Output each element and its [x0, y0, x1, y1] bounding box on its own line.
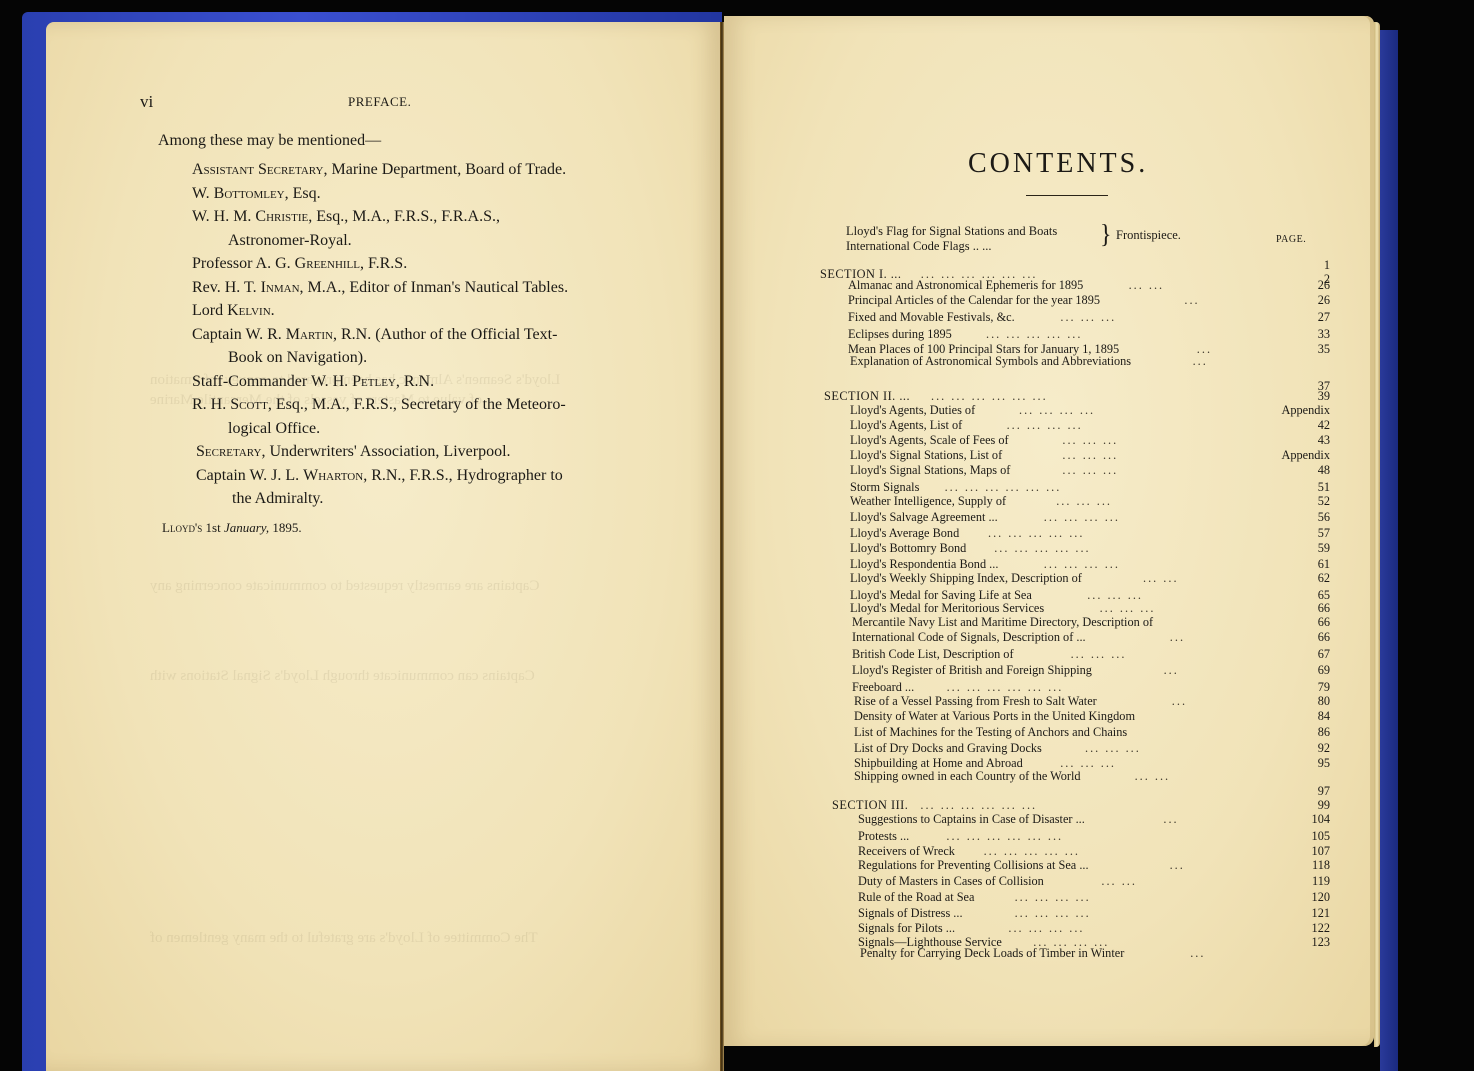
acknowledgement-entry: Rev. H. T. Inman, M.A., Editor of Inman'…: [192, 276, 632, 300]
dot-leader: ...: [1172, 694, 1187, 709]
toc-page-number: 39: [1318, 389, 1330, 404]
toc-entry-title: Signals for Pilots ...: [858, 921, 955, 936]
acknowledgement-entry: Captain W. J. L. Wharton, R.N., F.R.S., …: [196, 464, 632, 511]
dot-leader: ... ...: [1143, 571, 1179, 586]
acknowledgement-list: Assistant Secretary, Marine Department, …: [192, 158, 632, 511]
brace-glyph: }: [1100, 221, 1112, 250]
toc-entry-title: SECTION II. ...: [824, 389, 910, 404]
toc-page-number: 122: [1312, 921, 1330, 936]
toc-entry-title: Lloyd's Agents, List of: [850, 418, 962, 433]
toc-entry-title: Mercantile Navy List and Maritime Direct…: [852, 615, 1153, 630]
toc-entry-row: International Code of Signals, Descripti…: [820, 630, 1340, 645]
toc-entry-title: Lloyd's Average Bond: [850, 526, 959, 541]
dot-leader: ... ... ...: [1085, 741, 1141, 756]
dot-leader: ... ...: [1135, 769, 1171, 784]
toc-entry-row: Lloyd's Agents, Scale of Fees of... ... …: [820, 433, 1340, 448]
dot-leader: ... ... ...: [1062, 448, 1118, 463]
page-number: vi: [140, 92, 153, 112]
toc-entry-title: Explanation of Astronomical Symbols and …: [850, 354, 1131, 369]
toc-page-number: 118: [1312, 858, 1330, 873]
toc-page-number: 59: [1318, 541, 1330, 556]
toc-entry-title: Lloyd's Signal Stations, List of: [850, 448, 1002, 463]
toc-page-number: 57: [1318, 526, 1330, 541]
toc-page-number: 66: [1318, 615, 1330, 630]
toc-entry-title: Lloyd's Agents, Scale of Fees of: [850, 433, 1009, 448]
toc-entry-title: Freeboard ...: [852, 680, 914, 695]
toc-page-number: 86: [1318, 725, 1330, 740]
toc-entry-row: Lloyd's Register of British and Foreign …: [820, 663, 1340, 678]
toc-entry-title: Signals of Distress ...: [858, 906, 963, 921]
dot-leader: ... ... ... ... ...: [988, 526, 1084, 541]
toc-entry-row: List of Machines for the Testing of Anch…: [820, 725, 1340, 740]
dot-leader: ... ... ... ... ... ...: [920, 798, 1037, 813]
dot-leader: ...: [1193, 354, 1208, 369]
toc-page-number: 121: [1312, 906, 1330, 921]
toc-page-number: 42: [1318, 418, 1330, 433]
toc-page-number: 62: [1318, 571, 1330, 586]
toc-entry-title: Protests ...: [858, 829, 909, 844]
acknowledgement-entry: W. H. M. Christie, Esq., M.A., F.R.S., F…: [192, 205, 632, 252]
dot-leader: ... ... ... ... ...: [994, 541, 1090, 556]
toc-entry-row: Lloyd's Medal for Meritorious Services..…: [820, 601, 1340, 616]
toc-entry-row: Lloyd's Bottomry Bond... ... ... ... ...…: [820, 541, 1340, 556]
toc-entry-title: Lloyd's Salvage Agreement ...: [850, 510, 998, 525]
toc-entry-row: Shipping owned in each Country of the Wo…: [820, 769, 1340, 784]
toc-entry-title: Fixed and Movable Festivals, &c.: [848, 310, 1015, 325]
toc-entry-row: Density of Water at Various Ports in the…: [820, 709, 1340, 724]
show-through-text: The Committee of Lloyd's are grateful to…: [150, 930, 538, 947]
toc-page-number: 48: [1318, 463, 1330, 478]
dot-leader: ... ... ... ... ...: [986, 327, 1082, 342]
toc-entry-title: SECTION III.: [832, 798, 908, 813]
toc-page-number: 99: [1318, 798, 1330, 813]
dot-leader: ... ... ... ...: [1015, 890, 1091, 905]
frontispiece-label: Frontispiece.: [1116, 228, 1181, 243]
toc-entry-title: Regulations for Preventing Collisions at…: [858, 858, 1089, 873]
toc-entry-title: List of Machines for the Testing of Anch…: [854, 725, 1127, 740]
toc-entry-row: Rise of a Vessel Passing from Fresh to S…: [820, 694, 1340, 709]
toc-entry-row: Weather Intelligence, Supply of... ... .…: [820, 494, 1340, 509]
toc-entry-title: Lloyd's Respondentia Bond ...: [850, 557, 998, 572]
toc-entry-row: Regulations for Preventing Collisions at…: [820, 858, 1340, 873]
toc-entry-title: Weather Intelligence, Supply of: [850, 494, 1006, 509]
dot-leader: ...: [1170, 630, 1185, 645]
dot-leader: ... ... ... ...: [1015, 906, 1091, 921]
dot-leader: ... ... ... ... ... ...: [946, 829, 1063, 844]
toc-section-row: SECTION III.... ... ... ... ... ...99: [820, 798, 1340, 813]
contents-title: CONTENTS.: [968, 148, 1148, 180]
toc-page-number: 80: [1318, 694, 1330, 709]
toc-page-number: 66: [1318, 630, 1330, 645]
toc-page-number: 107: [1312, 844, 1330, 859]
toc-entry-row: Lloyd's Average Bond... ... ... ... ...5…: [820, 526, 1340, 541]
toc-entry-title: Lloyd's Signal Stations, Maps of: [850, 463, 1010, 478]
toc-page-number: 84: [1318, 709, 1330, 724]
acknowledgement-entry: R. H. Scott, Esq., M.A., F.R.S., Secreta…: [192, 393, 632, 440]
running-head-title: PREFACE.: [348, 94, 411, 110]
toc-entry-row: Eclipses during 1895... ... ... ... ...3…: [820, 327, 1340, 342]
acknowledgement-entry: W. Bottomley, Esq.: [192, 182, 632, 206]
toc-entry-row: Suggestions to Captains in Case of Disas…: [820, 812, 1340, 827]
toc-page-number: 27: [1318, 310, 1330, 325]
toc-entry-row: Freeboard ...... ... ... ... ... ...79: [820, 680, 1340, 695]
toc-page-number: 51: [1318, 480, 1330, 495]
toc-entry-row: List of Dry Docks and Graving Docks... .…: [820, 741, 1340, 756]
dot-leader: ... ... ...: [1056, 494, 1112, 509]
toc-entry-row: Signals of Distress ...... ... ... ...12…: [820, 906, 1340, 921]
toc-entry-row: Lloyd's Weekly Shipping Index, Descripti…: [820, 571, 1340, 586]
toc-page-number: 43: [1318, 433, 1330, 448]
toc-entry-title: Almanac and Astronomical Ephemeris for 1…: [848, 278, 1083, 293]
toc-page-number: 69: [1318, 663, 1330, 678]
toc-entry-row: Receivers of Wreck... ... ... ... ...107: [820, 844, 1340, 859]
show-through-text: Captains can communicate through Lloyd's…: [150, 668, 535, 685]
dot-leader: ... ...: [1129, 278, 1165, 293]
dot-leader: ...: [1163, 812, 1178, 827]
toc-page-number: 61: [1318, 557, 1330, 572]
page-column-header: PAGE.: [1276, 234, 1306, 245]
toc-entry-row: Fixed and Movable Festivals, &c.... ... …: [820, 310, 1340, 325]
acknowledgement-entry: Assistant Secretary, Marine Department, …: [192, 158, 632, 182]
toc-entry-title: Lloyd's Medal for Meritorious Services: [850, 601, 1044, 616]
toc-entry-row: Storm Signals... ... ... ... ... ...51: [820, 480, 1340, 495]
toc-entry-title: Lloyd's Bottomry Bond: [850, 541, 966, 556]
dot-leader: ... ... ... ...: [1044, 557, 1120, 572]
toc-section-row: SECTION II. ...... ... ... ... ... ...39: [820, 389, 1340, 404]
toc-page-number: 79: [1318, 680, 1330, 695]
toc-page-number: 120: [1312, 890, 1330, 905]
toc-page-number: 104: [1312, 812, 1330, 827]
toc-entry-title: International Code of Signals, Descripti…: [852, 630, 1086, 645]
dot-leader: ... ... ...: [1062, 463, 1118, 478]
toc-entry-row: Lloyd's Signal Stations, List of... ... …: [820, 448, 1340, 463]
dot-leader: ... ... ... ...: [1044, 510, 1120, 525]
toc-entry-row: Principal Articles of the Calendar for t…: [820, 293, 1340, 308]
dot-leader: ...: [1170, 858, 1185, 873]
toc-page-number: 119: [1312, 874, 1330, 889]
toc-entry-row: Lloyd's Agents, List of... ... ... ...42: [820, 418, 1340, 433]
dot-leader: ... ... ...: [1071, 647, 1127, 662]
toc-entry-row: Explanation of Astronomical Symbols and …: [820, 354, 1340, 369]
dot-leader: ...: [1190, 946, 1205, 961]
toc-entry-title: British Code List, Description of: [852, 647, 1014, 662]
toc-entry-title: Rule of the Road at Sea: [858, 890, 974, 905]
toc-entry-row: Signals for Pilots ...... ... ... ...122: [820, 921, 1340, 936]
toc-page-number: 33: [1318, 327, 1330, 342]
toc-entry-row: Lloyd's Salvage Agreement ...... ... ...…: [820, 510, 1340, 525]
acknowledgement-entry: Captain W. R. Martin, R.N. (Author of th…: [192, 323, 632, 370]
toc-page-number: 26: [1318, 278, 1330, 293]
toc-entry-row: Lloyd's Respondentia Bond ...... ... ...…: [820, 557, 1340, 572]
toc-entry-row: Duty of Masters in Cases of Collision...…: [820, 874, 1340, 889]
toc-entry-row: Lloyd's Agents, Duties of... ... ... ...…: [820, 403, 1340, 418]
book-gutter: [720, 22, 724, 1071]
toc-entry-row: Lloyd's Signal Stations, Maps of... ... …: [820, 463, 1340, 478]
acknowledgement-entry: Staff-Commander W. H. Petley, R.N.: [192, 370, 632, 394]
toc-entry-title: Shipping owned in each Country of the Wo…: [854, 769, 1081, 784]
toc-page-number: 97: [1318, 784, 1330, 799]
toc-entry-title: Receivers of Wreck: [858, 844, 955, 859]
title-rule: [1026, 195, 1108, 196]
toc-entry-row: Rule of the Road at Sea... ... ... ...12…: [820, 890, 1340, 905]
toc-entry-title: Storm Signals: [850, 480, 919, 495]
dot-leader: ... ... ... ... ... ...: [931, 389, 1048, 404]
dot-leader: ...: [1164, 663, 1179, 678]
toc-entry-title: Lloyd's Register of British and Foreign …: [852, 663, 1092, 678]
toc-page-number: 105: [1312, 829, 1330, 844]
toc-page-number: 67: [1318, 647, 1330, 662]
dot-leader: ... ...: [1101, 874, 1137, 889]
dot-leader: ... ... ... ...: [1007, 418, 1083, 433]
dot-leader: ... ... ... ...: [1008, 921, 1084, 936]
toc-entry-title: Suggestions to Captains in Case of Disas…: [858, 812, 1085, 827]
acknowledgement-entry: Secretary, Underwriters' Association, Li…: [196, 440, 632, 464]
toc-page-number: Appendix: [1282, 448, 1331, 463]
signature-line: Lloyd's 1st January, 1895.: [162, 520, 302, 536]
dot-leader: ... ... ...: [1060, 310, 1116, 325]
toc-entry-title: Density of Water at Various Ports in the…: [854, 709, 1135, 724]
toc-entry-row: Almanac and Astronomical Ephemeris for 1…: [820, 278, 1340, 293]
dot-leader: ... ... ... ... ... ...: [947, 680, 1064, 695]
toc-entry-title: Rise of a Vessel Passing from Fresh to S…: [854, 694, 1097, 709]
page-edge: [1374, 22, 1380, 1047]
toc-entry-row: British Code List, Description of... ...…: [820, 647, 1340, 662]
dot-leader: ...: [1184, 293, 1199, 308]
toc-entry-row: Penalty for Carrying Deck Loads of Timbe…: [820, 946, 1340, 961]
intro-line: Among these may be mentioned—: [158, 132, 381, 150]
toc-page-number: 56: [1318, 510, 1330, 525]
toc-entry-row: Mercantile Navy List and Maritime Direct…: [820, 615, 1340, 630]
show-through-text: Captains are earnestly requested to comm…: [150, 578, 539, 595]
dot-leader: ... ... ...: [1062, 433, 1118, 448]
toc-entry-title: Penalty for Carrying Deck Loads of Timbe…: [860, 946, 1124, 961]
toc-page-number: 52: [1318, 494, 1330, 509]
toc-entry-title: Principal Articles of the Calendar for t…: [848, 293, 1100, 308]
toc-page-number: 66: [1318, 601, 1330, 616]
dot-leader: ... ... ...: [1100, 601, 1156, 616]
toc-page-number: 92: [1318, 741, 1330, 756]
dot-leader: ... ... ... ... ... ...: [945, 480, 1062, 495]
toc-entry-row: 97: [820, 784, 1340, 799]
dot-leader: ... ... ... ... ...: [984, 844, 1080, 859]
toc-entry-title: List of Dry Docks and Graving Docks: [854, 741, 1042, 756]
toc-page-number: Appendix: [1282, 403, 1331, 418]
toc-page-number: 26: [1318, 293, 1330, 308]
acknowledgement-entry: Lord Kelvin.: [192, 299, 632, 323]
dot-leader: ... ... ... ...: [1019, 403, 1095, 418]
toc-entry-title: Eclipses during 1895: [848, 327, 952, 342]
frontispiece-items: Lloyd's Flag for Signal Stations and Boa…: [846, 224, 1057, 254]
toc-entry-title: Lloyd's Agents, Duties of: [850, 403, 975, 418]
toc-entry-title: Duty of Masters in Cases of Collision: [858, 874, 1044, 889]
book-cover-right: [1380, 30, 1398, 1071]
toc-entry-title: Lloyd's Weekly Shipping Index, Descripti…: [850, 571, 1082, 586]
acknowledgement-entry: Professor A. G. Greenhill, F.R.S.: [192, 252, 632, 276]
toc-entry-row: Protests ...... ... ... ... ... ...105: [820, 829, 1340, 844]
